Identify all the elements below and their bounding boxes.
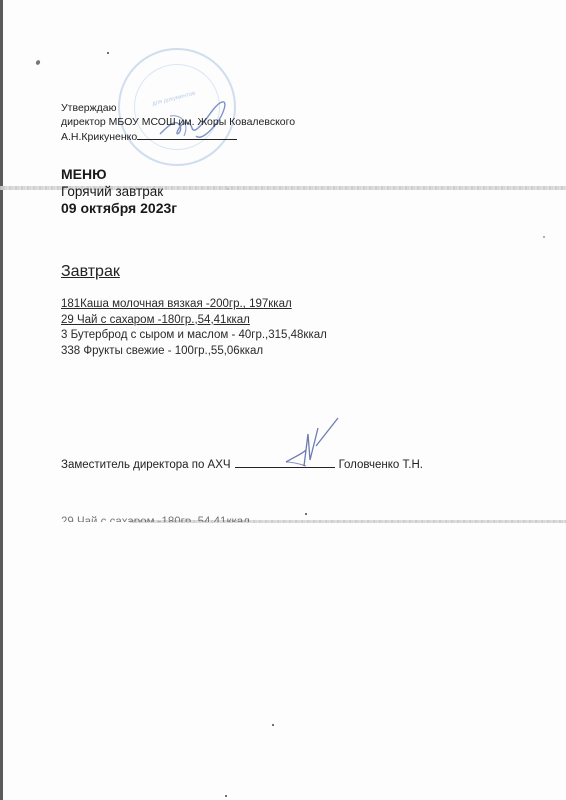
signature-line xyxy=(235,456,335,468)
scan-speck xyxy=(35,59,41,65)
approver-name-line: А.Н.Крикуненко xyxy=(61,129,295,144)
approver-position: директор МБОУ МСОШ им. Жоры Ковалевского xyxy=(61,115,295,129)
scan-edge xyxy=(0,0,3,800)
approval-label: Утверждаю xyxy=(61,101,295,115)
scan-speck xyxy=(543,236,545,238)
menu-header: МЕНЮ Горячий завтрак 09 октября 2023г xyxy=(61,166,177,217)
scan-speck xyxy=(272,724,274,726)
cut-off-text: 29 Чай с сахаром -180гр.,54,41ккал xyxy=(61,516,250,522)
meal-type: Горячий завтрак xyxy=(61,183,177,200)
signoff-position: Заместитель директора по АХЧ xyxy=(61,459,231,471)
document-page: для документов Утверждаю директор МБОУ М… xyxy=(0,0,566,800)
menu-item: 29 Чай с сахаром -180гр.,54,41ккал xyxy=(61,313,327,329)
menu-items-list: 181Каша молочная вязкая -200гр., 197ккал… xyxy=(61,297,327,359)
approval-block: Утверждаю директор МБОУ МСОШ им. Жоры Ко… xyxy=(61,101,295,144)
signoff-name: Головченко Т.Н. xyxy=(339,459,423,471)
menu-item: 3 Бутерброд с сыром и маслом - 40гр.,315… xyxy=(61,328,327,344)
scan-speck xyxy=(225,795,227,797)
signature-line xyxy=(137,129,237,140)
scan-speck xyxy=(305,513,307,515)
section-title: Завтрак xyxy=(61,262,120,282)
approver-name: А.Н.Крикуненко xyxy=(61,131,137,143)
signoff-line: Заместитель директора по АХЧГоловченко Т… xyxy=(61,456,423,473)
menu-item: 338 Фрукты свежие - 100гр.,55,06ккал xyxy=(61,344,327,360)
scan-speck xyxy=(107,52,109,54)
menu-title: МЕНЮ xyxy=(61,166,177,182)
menu-item: 181Каша молочная вязкая -200гр., 197ккал xyxy=(61,297,327,313)
menu-date: 09 октября 2023г xyxy=(61,200,177,217)
